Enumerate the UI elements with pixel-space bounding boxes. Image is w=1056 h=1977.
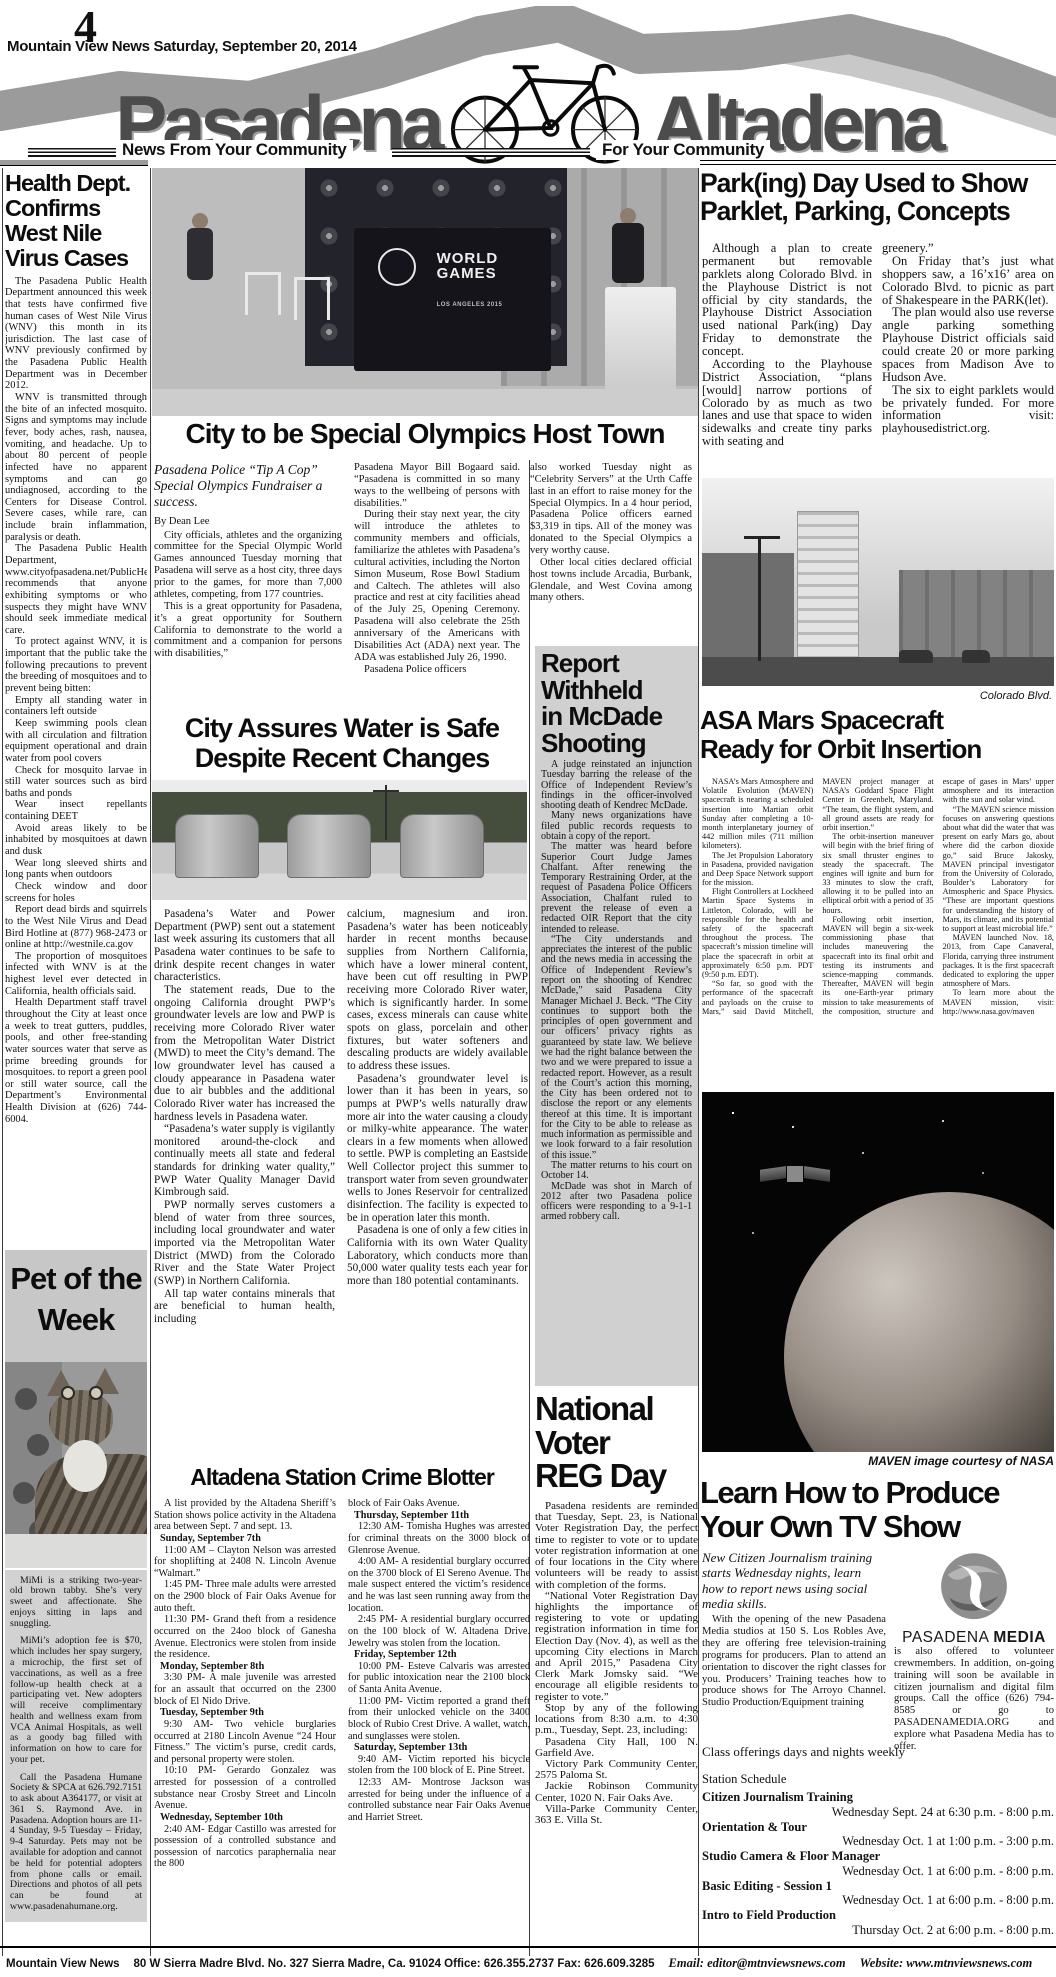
folding-chair bbox=[245, 272, 281, 315]
headline-line: ASA Mars Spacecraft bbox=[700, 706, 1056, 735]
paragraph: Pasadena’s groundwater level is lower th… bbox=[347, 1073, 528, 1225]
cat-chest bbox=[63, 1440, 107, 1492]
water-tanks-photo bbox=[152, 780, 527, 900]
solar-panel bbox=[804, 1166, 830, 1182]
blotter-article: A list provided by the Altadena Sheriff’… bbox=[154, 1498, 530, 1954]
paragraph: The Pasadena Public Health Department an… bbox=[5, 276, 147, 392]
olympics-headline: City to be Special Olympics Host Town bbox=[152, 420, 698, 448]
voter-article-body: Pasadena residents are reminded that Tue… bbox=[535, 1501, 698, 1931]
paragraph: Other local cities declared official hos… bbox=[530, 557, 692, 604]
paragraph: All tap water contains minerals that are… bbox=[154, 1288, 335, 1326]
paragraph: Victory Park Community Center, 2575 Palo… bbox=[535, 1759, 698, 1781]
headline-line: Pet of the bbox=[5, 1258, 147, 1300]
paragraph: The orbit-insertion maneuver will begin … bbox=[822, 832, 933, 915]
headline-line: Withheld bbox=[541, 677, 692, 704]
paragraph: Pasadena City Hall, 100 N. Garfield Ave. bbox=[535, 1737, 698, 1759]
street bbox=[702, 657, 1054, 686]
tagline-stripe-middle bbox=[392, 148, 590, 157]
footer-rule bbox=[0, 1946, 1056, 1948]
tv-column-1: New Citizen Journalism training starts W… bbox=[702, 1550, 886, 1740]
headline-line: Learn How to Produce bbox=[700, 1476, 1056, 1510]
world-games-logo bbox=[378, 248, 416, 286]
paragraph: This is a great opportunity for Pasadena… bbox=[154, 601, 342, 660]
person-head bbox=[620, 208, 636, 224]
paragraph: Pasadena is one of only a few cities in … bbox=[347, 1224, 528, 1287]
day-subhead: Friday, September 12th bbox=[348, 1649, 530, 1661]
headline-line: Shooting bbox=[541, 730, 692, 757]
folding-chair bbox=[294, 277, 330, 320]
paragraph: 4:00 AM- A residential burglary occurred… bbox=[348, 1556, 530, 1614]
cat-photo bbox=[5, 1362, 147, 1568]
footer-email: Email: editor@mtnviewsnews.com bbox=[669, 1956, 846, 1971]
photo-caption: Colorado Blvd. bbox=[702, 690, 1052, 702]
vertical-rule bbox=[2, 168, 3, 1956]
tagline-stripe-left bbox=[28, 148, 116, 157]
schedule-class-name: Citizen Journalism Training bbox=[702, 1790, 1054, 1805]
voter-article: National Voter REG Day Pasadena resident… bbox=[535, 1392, 698, 1954]
schedule-class-name: Orientation & Tour bbox=[702, 1820, 1054, 1835]
olympics-col1-text: City officials, athletes and the organiz… bbox=[154, 530, 342, 660]
carrier-hole bbox=[27, 1434, 49, 1456]
headline-line: Week bbox=[5, 1299, 147, 1341]
paragraph: 2:45 PM- A residential burglary occurred… bbox=[348, 1614, 530, 1649]
paragraph: 9:40 AM- Victim reported his bicycle sto… bbox=[348, 1754, 530, 1777]
tv-article: New Citizen Journalism training starts W… bbox=[702, 1550, 1054, 1740]
paragraph: “The City understands and appreciates th… bbox=[541, 935, 692, 1161]
tv-column-2: PASADENA MEDIA is also offered to volunt… bbox=[894, 1550, 1054, 1740]
paragraph: Keep swimming pools clean with all circu… bbox=[5, 718, 147, 765]
water-headline: City Assures Water is Safe Despite Recen… bbox=[152, 713, 532, 773]
paragraph: To learn more about the MAVEN mission, v… bbox=[943, 988, 1054, 1016]
pet-of-the-week-headline: Pet of the Week bbox=[5, 1250, 147, 1362]
paragraph: Flight Controllers at Lockheed Martin Sp… bbox=[702, 887, 813, 979]
parking-headline: Park(ing) Day Used to Show Parklet, Park… bbox=[700, 169, 1056, 226]
byline: By Dean Lee bbox=[154, 516, 342, 528]
paragraph: Avoid areas likely to be inhabited by mo… bbox=[5, 823, 147, 858]
banner-text: WORLD GAMES bbox=[437, 251, 551, 283]
speaker-at-podium bbox=[613, 208, 643, 298]
colorado-blvd-photo bbox=[702, 478, 1054, 686]
paragraph: 2:40 AM- Edgar Castillo was arrested for… bbox=[154, 1824, 336, 1871]
banner-subtext: LOS ANGELES 2015 bbox=[437, 302, 503, 308]
pet-article-body: MiMi is a striking two-year-old brown ta… bbox=[5, 1570, 147, 1922]
olympics-column-2: Pasadena Mayor Bill Bogaard said. “Pasad… bbox=[354, 462, 520, 714]
schedule-class-name: Intro to Field Production bbox=[702, 1908, 1054, 1923]
paragraph: Call the Pasadena Humane Society & SPCA … bbox=[10, 1773, 142, 1913]
street-lamp bbox=[758, 536, 761, 661]
maven-caption: MAVEN image courtesy of NASA bbox=[702, 1454, 1054, 1468]
blotter-headline: Altadena Station Crime Blotter bbox=[152, 1466, 532, 1489]
paragraph: Villa-Parke Community Center, 363 E. Vil… bbox=[535, 1804, 698, 1826]
person-waving bbox=[185, 213, 215, 303]
paragraph: The Jet Propulsion Laboratory in Pasaden… bbox=[702, 851, 813, 888]
paragraph: With the opening of the new Pasadena Med… bbox=[702, 1614, 886, 1709]
carrier-hole bbox=[13, 1482, 35, 1504]
vertical-rule bbox=[698, 168, 699, 1956]
olympics-lede: Pasadena Police “Tip A Cop” Special Olym… bbox=[154, 462, 342, 510]
water-tank bbox=[175, 814, 259, 878]
building-silhouette bbox=[899, 570, 1054, 657]
paragraph: The matter returns to his court on Octob… bbox=[541, 1161, 692, 1182]
carrier-hole bbox=[15, 1388, 37, 1410]
paragraph: 11:30 PM- Grand theft from a residence o… bbox=[154, 1614, 336, 1661]
paragraph: 3:30 PM- A male juvenile was arrested fo… bbox=[154, 1672, 336, 1707]
paragraph: 12:33 AM- Montrose Jackson was arrested … bbox=[348, 1777, 530, 1824]
paragraph: Check window and door screens for holes bbox=[5, 881, 147, 904]
water-tank bbox=[400, 814, 484, 878]
paragraph: PWP normally serves customers a blend of… bbox=[154, 1199, 335, 1288]
towel bbox=[5, 1534, 147, 1568]
mars-planet bbox=[784, 1192, 1054, 1452]
day-subhead: Wednesday, September 10th bbox=[154, 1812, 336, 1824]
station-schedule-title: Station Schedule bbox=[702, 1772, 786, 1787]
footer: Mountain View News 80 W Sierra Madre Blv… bbox=[0, 1950, 1056, 1977]
pasadena-media-logo-icon bbox=[932, 1550, 1016, 1624]
schedule-class-time: Wednesday Oct. 1 at 1:00 p.m. - 3:00 p.m… bbox=[702, 1834, 1054, 1849]
paragraph: WNV is transmitted through the bite of a… bbox=[5, 392, 147, 543]
special-olympics-photo: WORLD GAMES LOS ANGELES 2015 bbox=[152, 168, 698, 416]
cat-head bbox=[49, 1390, 113, 1448]
paragraph: To protect against WNV, it is important … bbox=[5, 636, 147, 694]
paragraph: Pasadena’s Water and Power Department (P… bbox=[154, 908, 335, 984]
paragraph: McDade was shot in March of 2012 after t… bbox=[541, 1182, 692, 1223]
mcdade-headline: Report Withheld in McDade Shooting bbox=[541, 650, 692, 756]
paragraph: Pasadena residents are reminded that Tue… bbox=[535, 1501, 698, 1591]
paragraph: also worked Tuesday night as “Celebrity … bbox=[530, 462, 692, 557]
paragraph: MiMi is a striking two-year-old brown ta… bbox=[10, 1576, 142, 1630]
paragraph: According to the Playhouse District Asso… bbox=[702, 358, 872, 448]
health-article-body: The Pasadena Public Health Department an… bbox=[5, 276, 147, 1242]
headline-line: Health Dept. bbox=[5, 171, 147, 196]
paragraph: Wear long sleeved shirts and long pants … bbox=[5, 858, 147, 881]
class-offerings-note: Class offerings days and nights weekly bbox=[702, 1744, 905, 1760]
paragraph: The proportion of mosquitoes infected wi… bbox=[5, 951, 147, 998]
schedule-class-time: Thursday Oct. 2 at 6:00 p.m. - 8:00 p.m. bbox=[702, 1923, 1054, 1938]
paragraph: Many news organizations have filed publi… bbox=[541, 811, 692, 842]
left-column: Health Dept. Confirms West Nile Virus Ca… bbox=[5, 168, 147, 1956]
newspaper-page: 4 Mountain View News Saturday, September… bbox=[0, 0, 1056, 1977]
paragraph: During their stay next year, the city wi… bbox=[354, 509, 520, 663]
paragraph: The plan would also use reverse angle pa… bbox=[882, 306, 1054, 383]
tagline-right: For Your Community bbox=[596, 140, 770, 160]
utility-pole-arm bbox=[373, 790, 399, 792]
headline-line: in McDade bbox=[541, 703, 692, 730]
paragraph: “National Voter Registration Day highlig… bbox=[535, 1591, 698, 1703]
voter-headline: National Voter REG Day bbox=[535, 1392, 698, 1493]
headline-line: City Assures Water is Safe bbox=[152, 713, 532, 743]
paragraph: NASA’s Mars Atmosphere and Volatile Evol… bbox=[702, 777, 813, 851]
tagline-left: News From Your Community bbox=[116, 140, 353, 160]
mcdade-article-box: Report Withheld in McDade Shooting A jud… bbox=[535, 646, 698, 1386]
paragraph: Check for mosquito larvae in still water… bbox=[5, 765, 147, 800]
blotter-column-2: block of Fair Oaks Avenue.Thursday, Sept… bbox=[348, 1498, 530, 1954]
utility-pole bbox=[385, 785, 387, 840]
center-section: WORLD GAMES LOS ANGELES 2015 City to be … bbox=[152, 168, 698, 1956]
street-lamp-arm bbox=[744, 536, 780, 539]
mars-headline: ASA Mars Spacecraft Ready for Orbit Inse… bbox=[700, 706, 1056, 763]
logo-word-media: MEDIA bbox=[993, 1629, 1045, 1646]
masthead-taglines: News From Your Community For Your Commun… bbox=[0, 140, 1056, 162]
tv-col2-text: is also offered to volunteer crewmembers… bbox=[894, 1646, 1054, 1753]
paragraph: The Pasadena Public Health Department, w… bbox=[5, 543, 147, 636]
tv-headline: Learn How to Produce Your Own TV Show bbox=[700, 1476, 1056, 1544]
day-subhead: Monday, September 8th bbox=[154, 1661, 336, 1673]
water-column-2: calcium, magnesium and iron. Pasadena’s … bbox=[347, 908, 528, 1462]
paragraph: Wear insect repellants containing DEET bbox=[5, 799, 147, 822]
footer-publication-name: Mountain View News bbox=[6, 1958, 120, 1970]
schedule-class-time: Wednesday Oct. 1 at 6:00 p.m. - 8:00 p.m… bbox=[702, 1864, 1054, 1879]
vertical-rule bbox=[150, 168, 151, 1956]
paragraph: 9:30 AM- Two vehicle burglaries occurred… bbox=[154, 1719, 336, 1766]
schedule-class-time: Wednesday Sept. 24 at 6:30 p.m. - 8:00 p… bbox=[702, 1805, 1054, 1820]
stage-floor bbox=[152, 389, 698, 416]
tv-col1-text: With the opening of the new Pasadena Med… bbox=[702, 1614, 886, 1709]
cat-eye bbox=[89, 1386, 103, 1400]
footer-website: Website: www.mtnviewsnews.com bbox=[860, 1956, 1033, 1971]
rule-left bbox=[0, 160, 148, 166]
mars-article-body: NASA’s Mars Atmosphere and Volatile Evol… bbox=[702, 777, 1054, 1089]
schedule-class-time: Wednesday Oct. 1 at 6:00 p.m. - 8:00 p.m… bbox=[702, 1893, 1054, 1908]
schedule-class-name: Basic Editing - Session 1 bbox=[702, 1879, 1054, 1894]
paragraph: Empty all standing water in containers l… bbox=[5, 695, 147, 718]
olympics-column-1: Pasadena Police “Tip A Cop” Special Olym… bbox=[154, 462, 342, 714]
headline-line: Virus Cases bbox=[5, 246, 147, 271]
paragraph: On Friday that’s just what shoppers saw,… bbox=[882, 255, 1054, 307]
station-schedule: Citizen Journalism Training Wednesday Se… bbox=[702, 1790, 1054, 1938]
headline-line: West Nile bbox=[5, 221, 147, 246]
headline-line: Parklet, Parking, Concepts bbox=[700, 197, 1056, 225]
blotter-column-1: A list provided by the Altadena Sheriff’… bbox=[154, 1498, 336, 1954]
paragraph: “The MAVEN science mission focuses on an… bbox=[943, 805, 1054, 934]
logo-word-pasadena: PASADENA bbox=[902, 1629, 988, 1646]
paragraph: MAVEN launched Nov. 18, 2013, from Cape … bbox=[943, 933, 1054, 988]
pasadena-media-logo: PASADENA MEDIA bbox=[894, 1550, 1054, 1646]
paragraph: 1:45 PM- Three male adults were arrested… bbox=[154, 1579, 336, 1614]
paragraph: MiMi’s adoption fee is $70, which includ… bbox=[10, 1636, 142, 1765]
day-subhead: Tuesday, September 9th bbox=[154, 1707, 336, 1719]
headline-line: Report bbox=[541, 650, 692, 677]
day-subhead: Saturday, September 13th bbox=[348, 1742, 530, 1754]
white-tower-building bbox=[797, 511, 859, 659]
headline-line: National bbox=[535, 1392, 698, 1426]
cat-eye bbox=[61, 1386, 75, 1400]
day-subhead: Thursday, September 11th bbox=[348, 1510, 530, 1522]
paragraph: The six to eight parklets would be priva… bbox=[882, 384, 1054, 436]
water-article: Pasadena’s Water and Power Department (P… bbox=[154, 908, 528, 1462]
paragraph: 10:10 PM- Gerardo Gonzalez was arrested … bbox=[154, 1765, 336, 1812]
parking-column-1: Although a plan to create permanent but … bbox=[702, 242, 872, 476]
paragraph: The statement reads, Due to the ongoing … bbox=[154, 984, 335, 1123]
spacecraft-bus bbox=[787, 1166, 803, 1182]
headline-line: Voter bbox=[535, 1426, 698, 1460]
parking-column-2: greenery.”On Friday that’s just what sho… bbox=[882, 242, 1054, 476]
world-games-banner: WORLD GAMES LOS ANGELES 2015 bbox=[354, 228, 551, 372]
car bbox=[962, 650, 990, 663]
paragraph: Pasadena Mayor Bill Bogaard said. “Pasad… bbox=[354, 462, 520, 509]
paragraph: Pasadena Police officers bbox=[354, 664, 520, 676]
paragraph: is also offered to volunteer crewmembers… bbox=[894, 1646, 1054, 1753]
mcdade-article-body: A judge reinstated an injunction Tuesday… bbox=[541, 760, 692, 1370]
paragraph: calcium, magnesium and iron. Pasadena’s … bbox=[347, 908, 528, 1073]
paragraph: 11:00 PM- Victim reported a grand theft … bbox=[348, 1696, 530, 1743]
water-column-1: Pasadena’s Water and Power Department (P… bbox=[154, 908, 335, 1462]
headline-line: Confirms bbox=[5, 196, 147, 221]
headline-line: Despite Recent Changes bbox=[152, 743, 532, 773]
maven-spacecraft bbox=[760, 1166, 830, 1182]
paragraph: 11:00 AM – Clayton Nelson was arrested f… bbox=[154, 1545, 336, 1580]
paragraph: block of Fair Oaks Avenue. bbox=[348, 1498, 530, 1510]
tv-lede: New Citizen Journalism training starts W… bbox=[702, 1550, 886, 1611]
maven-photo bbox=[702, 1092, 1054, 1452]
paragraph: The matter was heard before Superior Cou… bbox=[541, 842, 692, 935]
paragraph: 10:00 PM- Esteve Calvaris was arrested f… bbox=[348, 1661, 530, 1696]
paragraph: Although a plan to create permanent but … bbox=[702, 242, 872, 358]
paragraph: Stop by any of the following locations f… bbox=[535, 1703, 698, 1737]
water-tank bbox=[287, 814, 371, 878]
headline-line: Ready for Orbit Insertion bbox=[700, 735, 1056, 764]
headline-line: Park(ing) Day Used to Show bbox=[700, 169, 1056, 197]
car bbox=[899, 650, 933, 663]
paragraph: Health Department staff travel throughou… bbox=[5, 997, 147, 1125]
paragraph: Jackie Robinson Community Center, 1020 N… bbox=[535, 1781, 698, 1803]
person-head bbox=[192, 213, 208, 229]
paragraph: A list provided by the Altadena Sheriff’… bbox=[154, 1498, 336, 1533]
headline-line: REG Day bbox=[535, 1459, 698, 1493]
paragraph: A judge reinstated an injunction Tuesday… bbox=[541, 760, 692, 811]
person-body bbox=[612, 223, 644, 283]
person-body bbox=[187, 228, 213, 280]
paragraph: greenery.” bbox=[882, 242, 1054, 255]
health-article-headline: Health Dept. Confirms West Nile Virus Ca… bbox=[5, 171, 147, 271]
day-subhead: Sunday, September 7th bbox=[154, 1533, 336, 1545]
paragraph: “Pasadena’s water supply is vigilantly m… bbox=[154, 1123, 335, 1199]
rule-right bbox=[700, 160, 1056, 165]
footer-address: 80 W Sierra Madre Blvd. No. 327 Sierra M… bbox=[134, 1958, 655, 1970]
stars bbox=[732, 1112, 734, 1114]
parking-article: Although a plan to create permanent but … bbox=[702, 242, 1054, 476]
paragraph: Report dead birds and squirrels to the W… bbox=[5, 904, 147, 951]
right-section: Park(ing) Day Used to Show Parklet, Park… bbox=[700, 166, 1056, 1958]
solar-panel bbox=[760, 1166, 786, 1182]
headline-line: Your Own TV Show bbox=[700, 1510, 1056, 1544]
building-silhouette bbox=[702, 553, 794, 657]
paragraph: City officials, athletes and the organiz… bbox=[154, 530, 342, 601]
schedule-class-name: Studio Camera & Floor Manager bbox=[702, 1849, 1054, 1864]
paragraph: 12:30 AM- Tomisha Hughes was arrested fo… bbox=[348, 1521, 530, 1556]
